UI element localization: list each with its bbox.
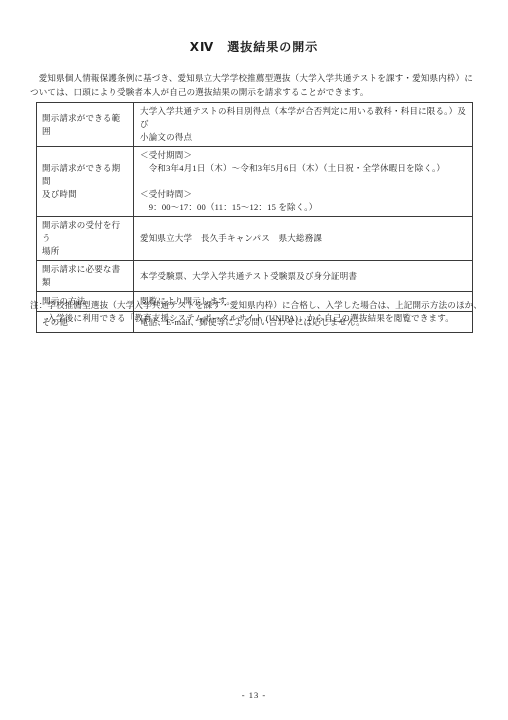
page-title: ⅩⅣ 選抜結果の開示 [0, 40, 508, 54]
row-label: 開示請求に必要な書類 [37, 261, 134, 292]
page-number: - 13 - [0, 690, 508, 700]
row-label: 開示請求の受付を行う 場所 [37, 217, 134, 261]
intro-paragraph: 愛知県個人情報保護条例に基づき、愛知県立大学学校推薦型選抜（大学入学共通テストを… [30, 71, 486, 99]
footnote: 注：学校推薦型選抜（大学入学共通テストを課す・愛知県内枠）に合格し、入学した場合… [30, 299, 492, 325]
table-row: 開示請求ができる期間 及び時間 ＜受付期間＞ 令和3年4月1日（木）～令和3年5… [37, 147, 473, 217]
table-row: 開示請求の受付を行う 場所 愛知県立大学 長久手キャンパス 県大総務課 [37, 217, 473, 261]
row-value: 大学入学共通テストの科目別得点（本学が合否判定に用いる教科・科目に限る。）及び … [134, 103, 473, 147]
row-value: ＜受付期間＞ 令和3年4月1日（木）～令和3年5月6日（木）（土日祝・全学休暇日… [134, 147, 473, 217]
row-value: 本学受験票、大学入学共通テスト受験票及び身分証明書 [134, 261, 473, 292]
document-page: ⅩⅣ 選抜結果の開示 愛知県個人情報保護条例に基づき、愛知県立大学学校推薦型選抜… [0, 0, 508, 720]
row-label: 開示請求ができる範囲 [37, 103, 134, 147]
table-row: 開示請求に必要な書類 本学受験票、大学入学共通テスト受験票及び身分証明書 [37, 261, 473, 292]
row-value: 愛知県立大学 長久手キャンパス 県大総務課 [134, 217, 473, 261]
table-row: 開示請求ができる範囲 大学入学共通テストの科目別得点（本学が合否判定に用いる教科… [37, 103, 473, 147]
row-label: 開示請求ができる期間 及び時間 [37, 147, 134, 217]
